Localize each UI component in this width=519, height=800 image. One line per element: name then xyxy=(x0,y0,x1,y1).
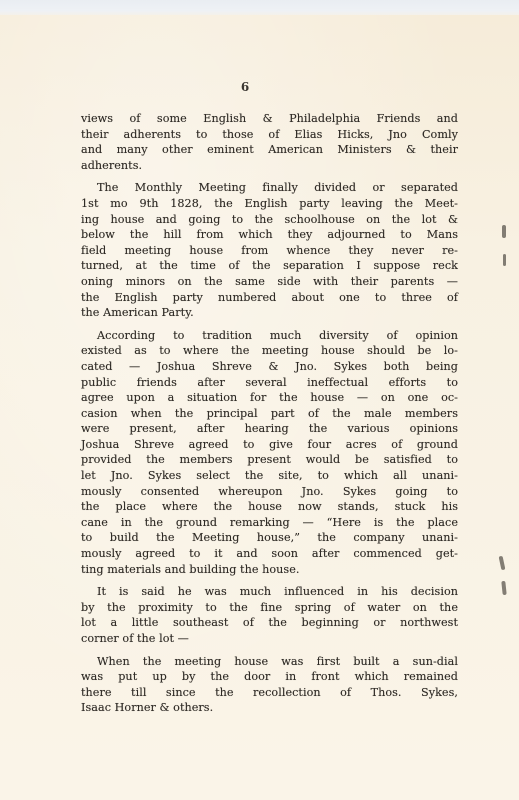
text-line: their adherents to those of Elias Hicks,… xyxy=(81,127,458,143)
paragraph-5: When the meeting house was first built a… xyxy=(81,654,458,716)
text-line: cane in the ground remarking — “Here is … xyxy=(81,515,458,531)
text-line: Joshua Shreve agreed to give four acres … xyxy=(81,437,458,453)
page-body: views of some English & Philadelphia Fri… xyxy=(81,111,458,723)
text-line: the American Party. xyxy=(81,305,458,321)
text-line: the place where the house now stands, st… xyxy=(81,499,458,515)
text-line: lot a little southeast of the beginning … xyxy=(81,615,458,631)
text-line: cated — Joshua Shreve & Jno. Sykes both … xyxy=(81,359,458,375)
text-line: turned, at the time of the separation I … xyxy=(81,258,458,274)
text-line: When the meeting house was first built a… xyxy=(81,654,458,670)
text-line: oning minors on the same side with their… xyxy=(81,274,458,290)
text-line: It is said he was much influenced in his… xyxy=(81,584,458,600)
text-line: there till since the recollection of Tho… xyxy=(81,685,458,701)
text-line: Isaac Horner & others. xyxy=(81,700,458,716)
text-line: public friends after several ineffectual… xyxy=(81,375,458,391)
text-line: views of some English & Philadelphia Fri… xyxy=(81,111,458,127)
text-line: agree upon a situation for the house — o… xyxy=(81,390,458,406)
text-line: adherents. xyxy=(81,158,458,174)
text-line: mously agreed to it and soon after comme… xyxy=(81,546,458,562)
paragraph-3: According to tradition much diversity of… xyxy=(81,328,458,578)
binding-hole-mark xyxy=(503,254,506,266)
paragraph-4: It is said he was much influenced in his… xyxy=(81,584,458,646)
text-line: field meeting house from whence they nev… xyxy=(81,243,458,259)
text-line: casion when the principal part of the ma… xyxy=(81,406,458,422)
text-line: According to tradition much diversity of… xyxy=(81,328,458,344)
text-line: ting materials and building the house. xyxy=(81,562,458,578)
scanner-edge-strip xyxy=(0,0,519,15)
text-line: existed as to where the meeting house sh… xyxy=(81,343,458,359)
paragraph-1: views of some English & Philadelphia Fri… xyxy=(81,111,458,173)
text-line: The Monthly Meeting finally divided or s… xyxy=(81,180,458,196)
binding-hole-mark xyxy=(502,225,506,238)
text-line: the English party numbered about one to … xyxy=(81,290,458,306)
paragraph-2: The Monthly Meeting finally divided or s… xyxy=(81,180,458,320)
text-line: and many other eminent American Minister… xyxy=(81,142,458,158)
text-line: ing house and going to the schoolhouse o… xyxy=(81,212,458,228)
text-line: mously consented whereupon Jno. Sykes go… xyxy=(81,484,458,500)
page-number: 6 xyxy=(238,80,252,94)
text-line: let Jno. Sykes select the site, to which… xyxy=(81,468,458,484)
text-line: by the proximity to the fine spring of w… xyxy=(81,600,458,616)
text-line: was put up by the door in front which re… xyxy=(81,669,458,685)
text-line: corner of the lot — xyxy=(81,631,458,647)
text-line: to build the Meeting house,” the company… xyxy=(81,530,458,546)
text-line: were present, after hearing the various … xyxy=(81,421,458,437)
text-line: provided the members present would be sa… xyxy=(81,452,458,468)
text-line: 1st mo 9th 1828, the English party leavi… xyxy=(81,196,458,212)
text-line: below the hill from which they adjourned… xyxy=(81,227,458,243)
